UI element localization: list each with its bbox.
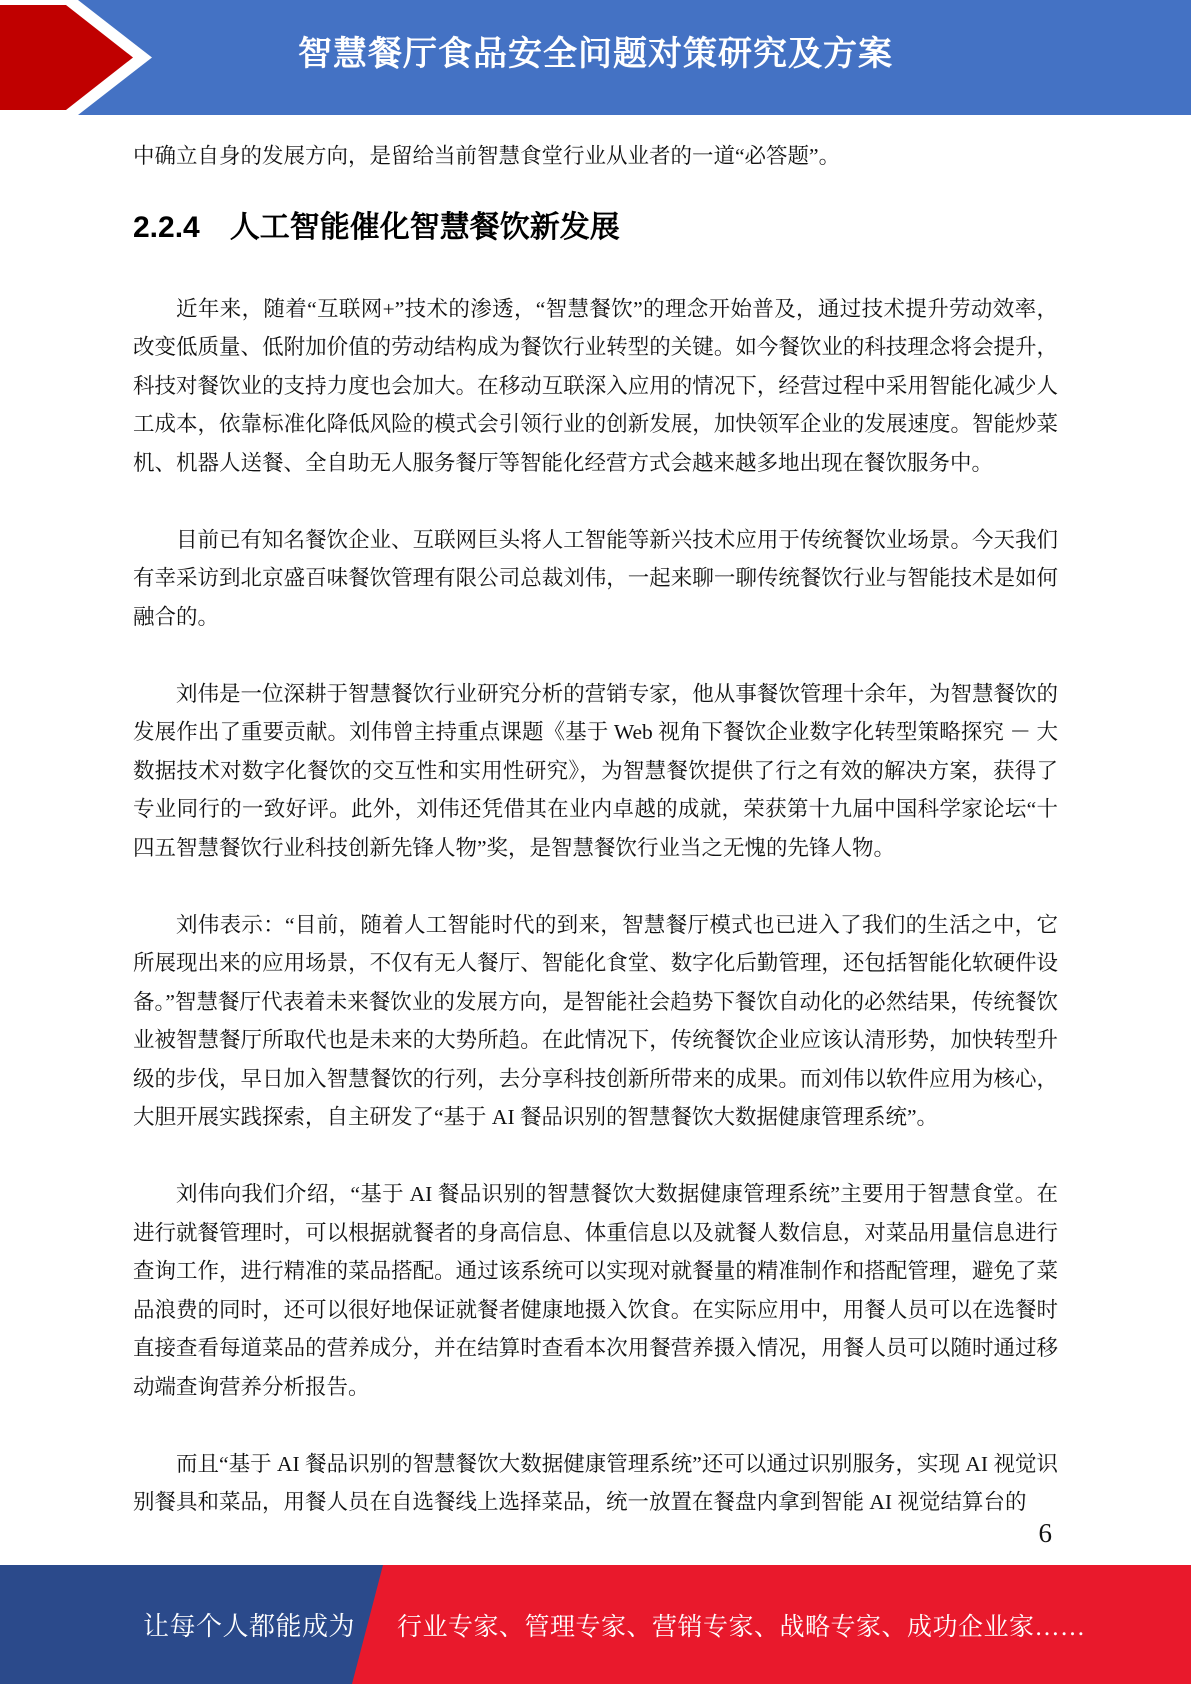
paragraph: 刘伟向我们介绍，“基于 AI 餐品识别的智慧餐饮大数据健康管理系统”主要用于智慧… — [133, 1175, 1058, 1406]
paragraph: 刘伟表示：“目前，随着人工智能时代的到来，智慧餐厅模式也已进入了我们的生活之中，… — [133, 906, 1058, 1137]
footer-slogan-left: 让每个人都能成为 — [143, 1565, 355, 1684]
paragraph: 而且“基于 AI 餐品识别的智慧餐饮大数据健康管理系统”还可以通过识别服务，实现… — [133, 1445, 1058, 1522]
paragraph: 刘伟是一位深耕于智慧餐饮行业研究分析的营销专家，他从事餐饮管理十余年，为智慧餐饮… — [133, 675, 1058, 868]
page-title: 智慧餐厅食品安全问题对策研究及方案 — [0, 0, 1191, 115]
paragraph: 目前已有知名餐饮企业、互联网巨头将人工智能等新兴技术应用于传统餐饮业场景。今天我… — [133, 521, 1058, 637]
continuation-paragraph: 中确立自身的发展方向，是留给当前智慧食堂行业从业者的一道“必答题”。 — [133, 137, 1058, 176]
header-banner: 智慧餐厅食品安全问题对策研究及方案 — [0, 0, 1191, 115]
document-page: 智慧餐厅食品安全问题对策研究及方案 中确立自身的发展方向，是留给当前智慧食堂行业… — [0, 0, 1191, 1684]
footer-slogan-right: 行业专家、管理专家、营销专家、战略专家、成功企业家…… — [397, 1565, 1086, 1684]
footer-banner: 让每个人都能成为 行业专家、管理专家、营销专家、战略专家、成功企业家…… — [0, 1565, 1191, 1684]
paragraph: 近年来，随着“互联网+”技术的渗透，“智慧餐饮”的理念开始普及，通过技术提升劳动… — [133, 290, 1058, 483]
page-number: 6 — [1039, 1515, 1053, 1551]
section-heading: 2.2.4 人工智能催化智慧餐饮新发展 — [133, 206, 1058, 250]
document-body: 中确立自身的发展方向，是留给当前智慧食堂行业从业者的一道“必答题”。 2.2.4… — [133, 137, 1058, 1522]
